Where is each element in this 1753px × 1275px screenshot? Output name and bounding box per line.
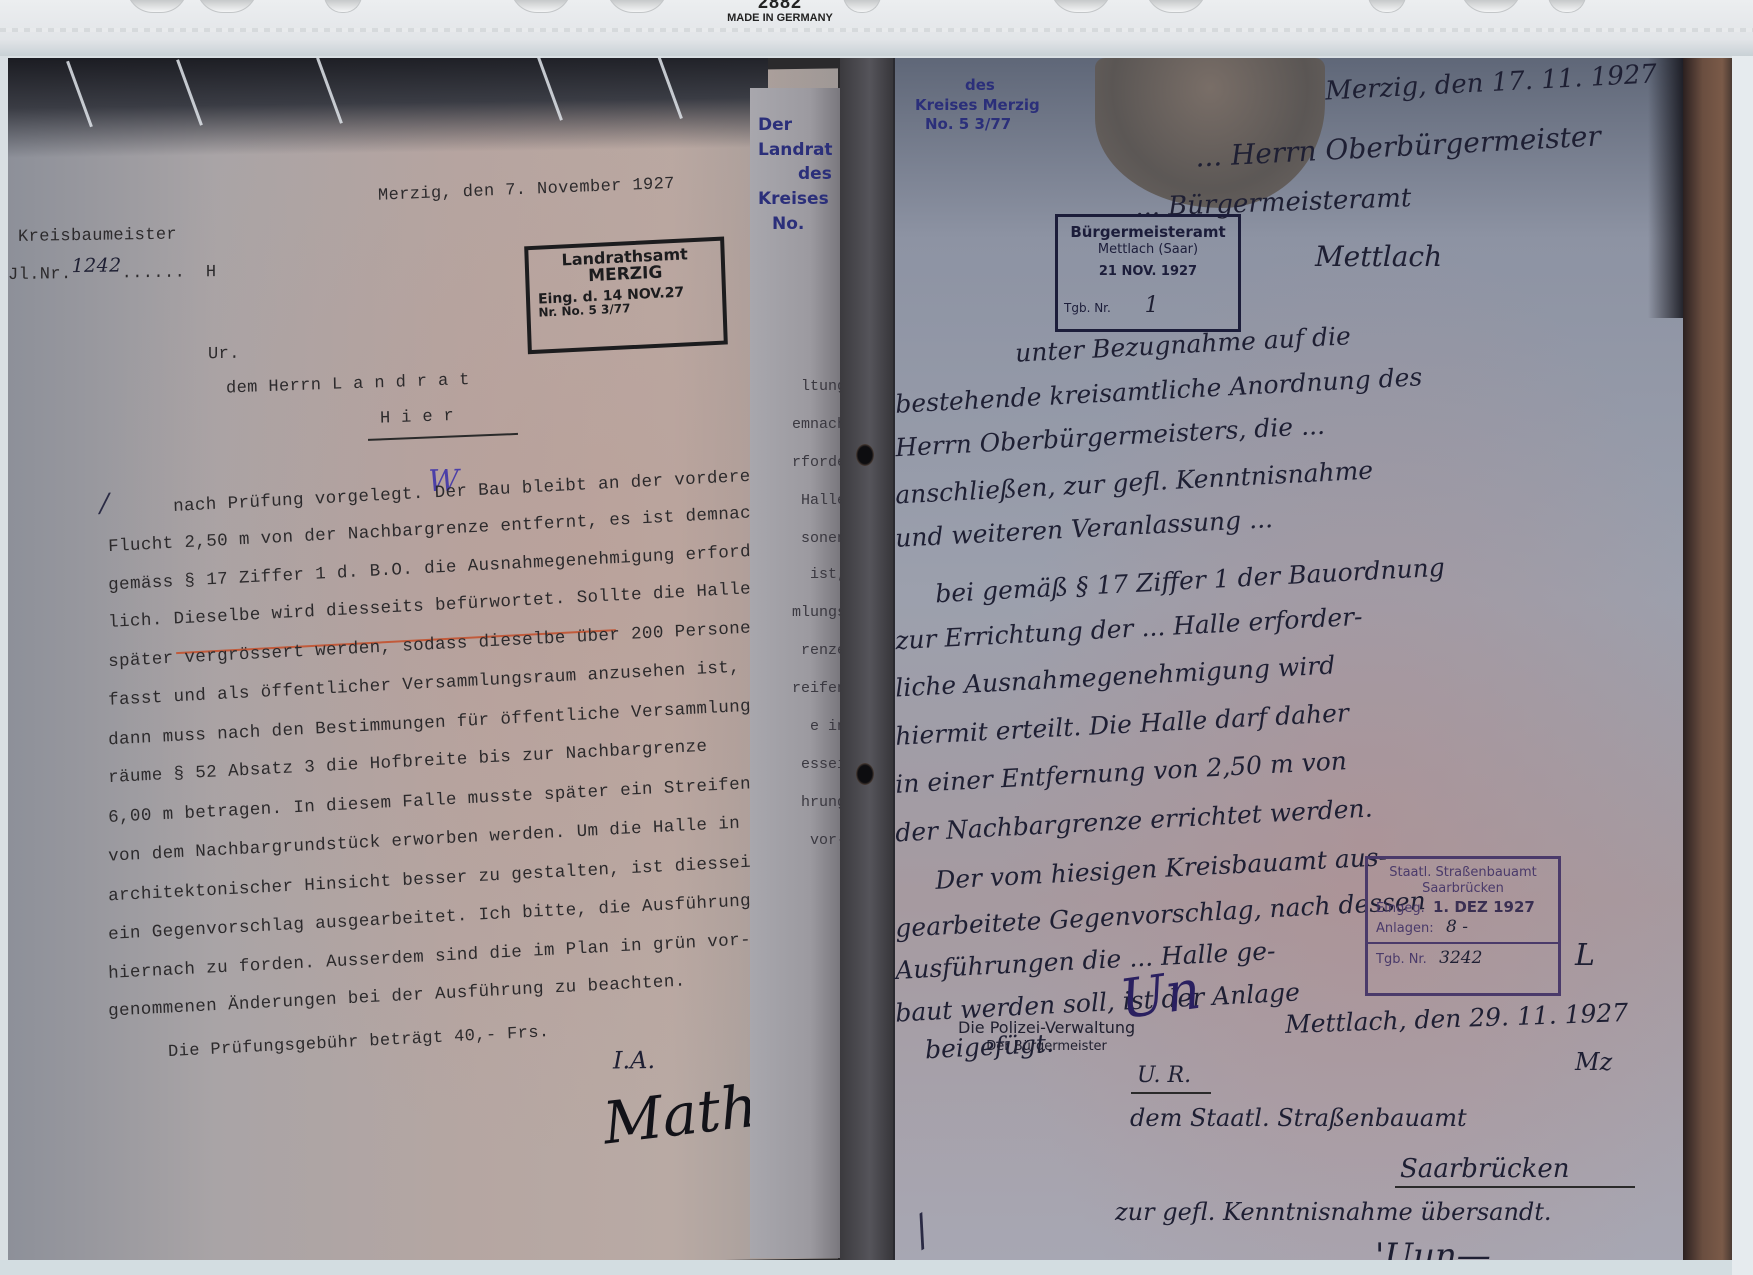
page-top-shadow [8, 58, 768, 158]
document-photo: Merzig, den 7. November 1927 Kreisbaumei… [8, 58, 1732, 1260]
binder-tab [606, 0, 668, 13]
landrat-kreis-merzig-stamp: Der Landrat des Kreises No. [758, 113, 844, 236]
handwritten-address-place: Mettlach [1315, 240, 1442, 273]
annotation-mz: Mz [1575, 1048, 1612, 1076]
bottom-signature-fragment: 'Uun— [1375, 1236, 1491, 1260]
recipient-place-underline [1395, 1186, 1635, 1188]
binder-tab [510, 0, 572, 13]
handwritten-body-line: zur Errichtung der ... Halle erforder- [895, 602, 1364, 655]
handwritten-body-line: hiermit erteilt. Die Halle darf daher [895, 698, 1350, 751]
binder-tab [1460, 0, 1522, 13]
addressee-line: dem Herrn L a n d r a t [226, 371, 470, 399]
handwritten-recipient: dem Staatl. Straßenbauamt [1130, 1104, 1467, 1132]
perforation-line [0, 28, 1753, 32]
binder-tab [1145, 0, 1207, 13]
landratsamt-merzig-stamp: Landrathsamt MERZIG Eing. d. 14 NOV.27 N… [524, 237, 728, 355]
handwritten-body-line: und weiteren Veranlassung ... [895, 504, 1274, 553]
made-in-label: MADE IN GERMANY [700, 13, 860, 24]
margin-check-mark: / [100, 489, 109, 519]
ur-underline [1131, 1092, 1211, 1094]
handwritten-letter-page: des Kreises Merzig No. 5 3/77 Merzig, de… [893, 58, 1685, 1260]
sleeve-brand-label: 2882 MADE IN GERMANY [700, 0, 860, 24]
handwritten-body-line: der Nachbargrenze errichtet werden. [895, 794, 1374, 848]
handwritten-body-line: in einer Entfernung von 2,50 m von [895, 746, 1348, 799]
binder-tab [324, 0, 362, 13]
handwritten-body-line: liche Ausnahmegenehmigung wird [895, 650, 1336, 702]
underlying-page-strip: ltung emnach rforde Halle sonen ist, mlu… [750, 88, 850, 1258]
sender-title: Kreisbaumeister [18, 226, 177, 247]
torn-paper-patch [1095, 58, 1325, 208]
binder-tab [196, 0, 258, 13]
margin-check-mark: / [904, 1208, 939, 1255]
ur-label: Ur. [208, 345, 240, 364]
signature-prefix: I.A. [613, 1046, 655, 1075]
handwritten-body-line: Ausführungen die ... Halle ge- [895, 936, 1277, 985]
handwritten-forward-line: zur gefl. Kenntnisnahme übersandt. [1115, 1198, 1552, 1226]
fee-line: Die Prüfungsgebühr beträgt 40,- Frs. [168, 1023, 550, 1062]
handwritten-ur: U. R. [1137, 1063, 1191, 1088]
signature: Math [600, 1072, 761, 1158]
journal-number: 1242 [72, 254, 122, 277]
buergermeisteramt-mettlach-stamp: Bürgermeisteramt Mettlach (Saar) 21 NOV.… [1055, 214, 1241, 332]
handwritten-body-line: bei gemäß § 17 Ziffer 1 der Bauordnung [935, 553, 1446, 609]
strassenbauamt-saarbruecken-stamp: Staatl. Straßenbauamt Saarbrücken Eingeg… [1365, 856, 1561, 996]
binder-sleeve-strip: 2882 MADE IN GERMANY [0, 0, 1753, 56]
annotation-l: L [1575, 938, 1595, 973]
handwritten-body-line: gearbeitete Gegenvorschlag, nach dessen [895, 886, 1427, 943]
tgb-number-row: Tgb. Nr. 1 [1058, 292, 1238, 320]
kreis-merzig-stamp-fragment: des Kreises Merzig No. 5 3/77 [915, 76, 1040, 135]
typed-letter-page: Merzig, den 7. November 1927 Kreisbaumei… [8, 68, 838, 1260]
binder-tab [1368, 0, 1406, 13]
handwritten-body-line: bestehende kreisamtliche Anordnung des [895, 362, 1423, 419]
journal-label: Jl.Nr. [8, 265, 72, 285]
handwritten-body-line: Der vom hiesigen Kreisbauamt aus- [935, 842, 1388, 895]
handwritten-recipient-place: Saarbrücken [1400, 1154, 1570, 1184]
journal-number-line: Jl.Nr.1242...... H [8, 259, 216, 285]
handwritten-place-date: Mettlach, den 29. 11. 1927 [1285, 998, 1629, 1039]
journal-suffix: H [206, 263, 217, 282]
punch-hole [856, 444, 874, 466]
sleeve-right-margin [1732, 56, 1753, 1275]
punch-hole [856, 763, 874, 785]
sleeve-bottom-margin [0, 1260, 1753, 1275]
handwritten-body-line: anschließen, zur gefl. Kenntnisnahme [895, 456, 1374, 510]
place-date: Merzig, den 7. November 1927 [378, 175, 675, 206]
page-shadow [1648, 58, 1688, 318]
binder-tab [1050, 0, 1112, 13]
binder-tab [126, 0, 188, 13]
folder-edge [1683, 58, 1732, 1260]
product-number: 2882 [700, 0, 860, 11]
polizei-verwaltung-print: Die Polizei-Verwaltung Der Bürgermeister [958, 1018, 1135, 1056]
addressee-place: H i e r [380, 407, 455, 429]
handwritten-date-heading: Merzig, den 17. 11. 1927 [1324, 59, 1657, 106]
binder-tab [1548, 0, 1586, 13]
handwritten-body-line: Herrn Oberbürgermeisters, die ... [895, 411, 1326, 462]
page-gap-shadow [840, 58, 900, 1260]
addressee-underline [368, 433, 518, 441]
